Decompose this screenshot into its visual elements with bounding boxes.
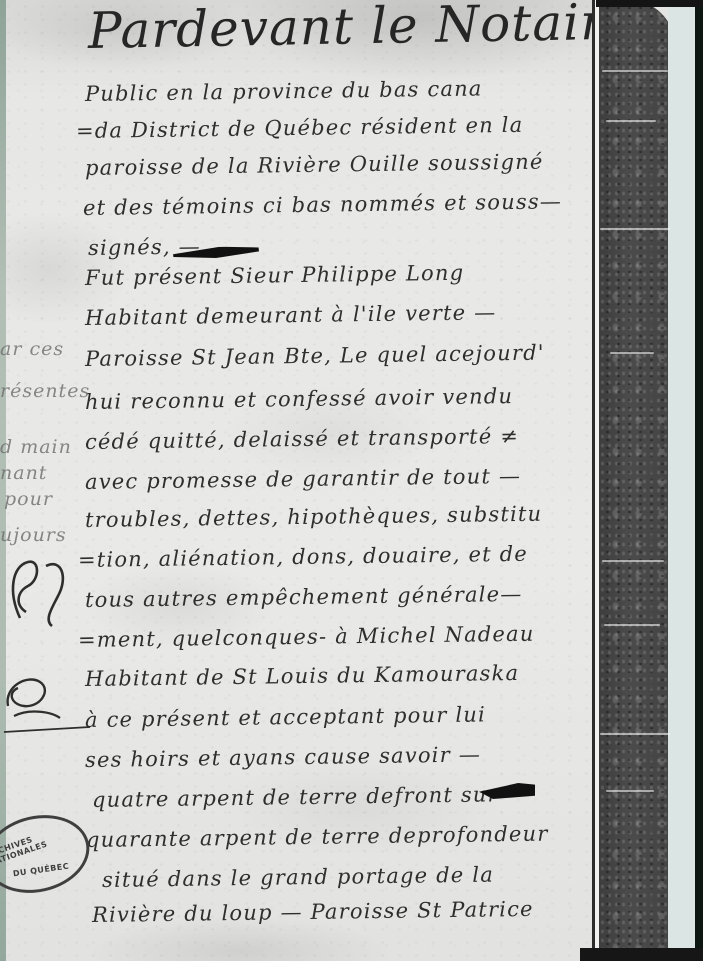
scratch-line [606,790,654,792]
scratch-line [600,228,670,230]
book-binding-edge [599,0,675,961]
scratch-line [610,352,654,354]
margin-fragment: ujours [0,524,67,546]
scratch-line [602,70,668,72]
margin-fragment: ar ces [0,338,64,360]
scratch-line [602,560,664,562]
stamp-text-top: ARCHIVES NATIONALES [0,818,85,868]
margin-fragment: pour [4,488,53,510]
margin-fragment: nant [0,462,47,484]
scratch-line [606,120,656,122]
margin-fragment: d main [0,436,72,458]
margin-fragment: résentes [0,380,90,402]
stamp-text-bottom: DU QUÉBEC [12,861,69,878]
scratch-line [604,624,660,626]
signature-flourish [6,552,72,630]
page-title: Pardevant le Notaire [87,0,636,60]
scan-bottom-edge [580,948,703,961]
scan-top-edge [596,0,703,7]
scratch-line [600,733,670,735]
scan-right-edge [695,0,703,961]
signature-flourish [0,672,96,740]
